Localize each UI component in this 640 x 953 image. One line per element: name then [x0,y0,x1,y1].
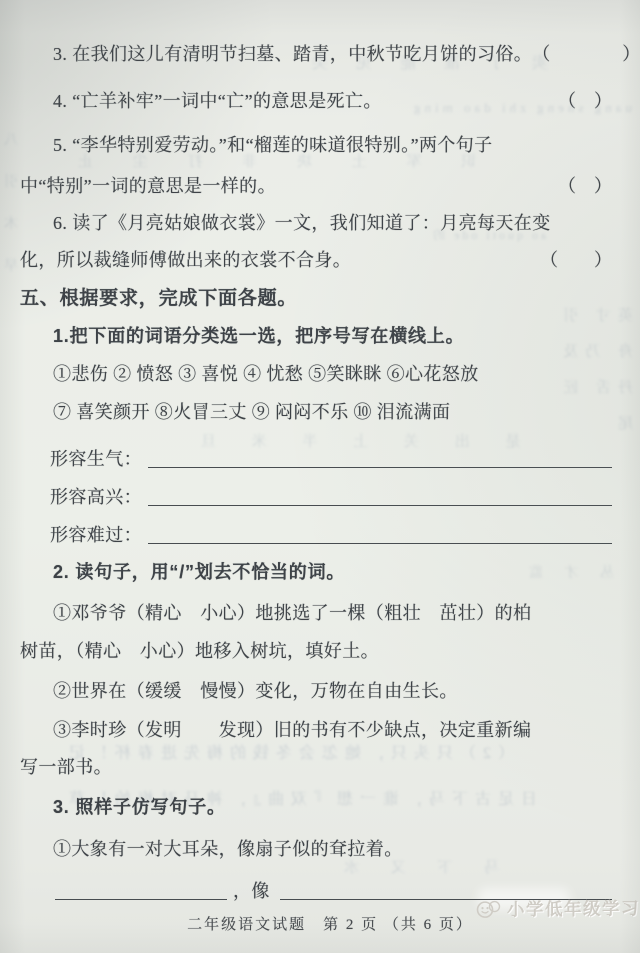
question-5-text-1: 5. “李华特别爱劳动。”和“榴莲的味道很特别。”两个句子 [53,135,493,155]
q2-sentence-1-line-1: ①邓爷爷（精心 小心）地挑选了一棵（粗壮 茁壮）的柏 [20,599,612,631]
q1-word-list-line-2: ⑦ 喜笑颜开 ⑧火冒三丈 ⑨ 闷闷不乐 ⑩ 泪流满面 [20,398,612,430]
q3-example-sentence: ①大象有一对大耳朵，像扇子似的耷拉着。 [20,835,612,867]
q1-blank-happy: 形容高兴： [50,478,612,510]
q2-s3-text-2: 写一部书。 [20,757,112,777]
q2-s1-text-1: ①邓爷爷（精心 小心）地挑选了一棵（粗壮 茁壮）的柏 [53,603,531,623]
question-4-text: 4. “亡羊补牢”一词中“亡”的意思是死亡。 [53,87,382,113]
q1-label-happy: 形容高兴： [50,484,142,510]
question-5-text-2: 中“特别”一词的意思是一样的。 [20,172,276,198]
q3-example-text: ①大象有一对大耳朵，像扇子似的耷拉着。 [53,839,403,859]
q3-prompt-text: 3. 照样子仿写句子。 [53,797,226,817]
test-paper-content: 3. 在我们这儿有清明节扫墓、踏青，中秋节吃月饼的习俗。 （ ） 4. “亡羊补… [0,0,640,953]
q2-sentence-3-line-2: 写一部书。 [20,753,612,785]
q1-prompt-text: 1.把下面的词语分类选一选，把序号写在横线上。 [53,326,464,346]
q1-answer-line-angry [148,447,612,468]
q1-label-angry: 形容生气： [50,446,142,472]
q1-blank-angry: 形容生气： [50,440,612,472]
question-3-answer-paren: （ ） [532,40,640,66]
q1-blank-sad: 形容难过： [50,516,612,548]
watermark: 小学低年级学习 [476,895,640,921]
q1-word-list-line-1: ①悲伤 ② 愤怒 ③ 喜悦 ④ 忧愁 ⑤笑眯眯 ⑥心花怒放 [20,360,612,392]
question-6-line-1: 6. 读了《月亮姑娘做衣裳》一文，我们知道了：月亮每天在变 [20,209,612,241]
question-6-text-1: 6. 读了《月亮姑娘做衣裳》一文，我们知道了：月亮每天在变 [53,213,551,233]
q3-fill-connector: ，像 [227,878,274,904]
question-3-row: 3. 在我们这儿有清明节扫墓、踏青，中秋节吃月饼的习俗。 （ ） [20,40,612,72]
question-6-text-2: 化，所以裁缝师傅做出来的衣裳不合身。 [20,246,351,272]
smiley-face-icon [476,898,502,920]
q2-sentence-2: ②世界在（缓缓 慢慢）变化，万物在自由生长。 [20,677,612,709]
q2-sentence-3-line-1: ③李时珍（发明 发现）旧的书有不少缺点，决定重新编 [20,716,612,748]
q3-prompt: 3. 照样子仿写句子。 [20,793,612,825]
question-6-line-2: 化，所以裁缝师傅做出来的衣裳不合身。 （ ） [20,246,612,278]
question-3-text: 3. 在我们这儿有清明节扫墓、踏青，中秋节吃月饼的习俗。 [53,40,532,66]
q2-s3-text-1: ③李时珍（发明 发现）旧的书有不少缺点，决定重新编 [53,720,531,740]
watermark-text: 小学低年级学习 [507,895,640,921]
q1-label-sad: 形容难过： [50,522,142,548]
q3-answer-line-1 [55,879,227,900]
page-footer-text: 二年级语文试题 第 2 页 （共 6 页） [187,917,473,933]
q1-prompt: 1.把下面的词语分类选一选，把序号写在横线上。 [20,322,612,354]
q1-words-2: ⑦ 喜笑颜开 ⑧火冒三丈 ⑨ 闷闷不乐 ⑩ 泪流满面 [53,402,450,422]
question-5-line-1: 5. “李华特别爱劳动。”和“榴莲的味道很特别。”两个句子 [20,131,612,163]
q1-words-1: ①悲伤 ② 愤怒 ③ 喜悦 ④ 忧愁 ⑤笑眯眯 ⑥心花怒放 [53,364,479,384]
question-5-answer-paren: （ ） [558,172,612,198]
question-5-line-2: 中“特别”一词的意思是一样的。 （ ） [20,172,612,204]
q2-s1-text-2: 树苗，（精心 小心）地移入树坑，填好土。 [20,641,379,661]
question-6-answer-paren: （ ） [540,246,612,272]
q2-prompt-text: 2. 读句子，用“/”划去不恰当的词。 [53,562,345,582]
q2-s2-text: ②世界在（缓缓 慢慢）变化，万物在自由生长。 [53,681,458,701]
q2-prompt: 2. 读句子，用“/”划去不恰当的词。 [20,558,612,590]
section-5-heading: 五、根据要求，完成下面各题。 [20,283,612,315]
question-4-row: 4. “亡羊补牢”一词中“亡”的意思是死亡。 （ ） [20,87,612,119]
q1-answer-line-happy [148,485,612,506]
question-4-answer-paren: （ ） [558,87,612,113]
section-5-heading-text: 五、根据要求，完成下面各题。 [20,288,297,309]
q2-sentence-1-line-2: 树苗，（精心 小心）地移入树坑，填好土。 [20,637,612,669]
q1-answer-line-sad [148,523,612,544]
test-paper-photo: 卖 了 准 能 见 尖 uang sheng zhi dao ming 识 军 … [0,0,640,953]
